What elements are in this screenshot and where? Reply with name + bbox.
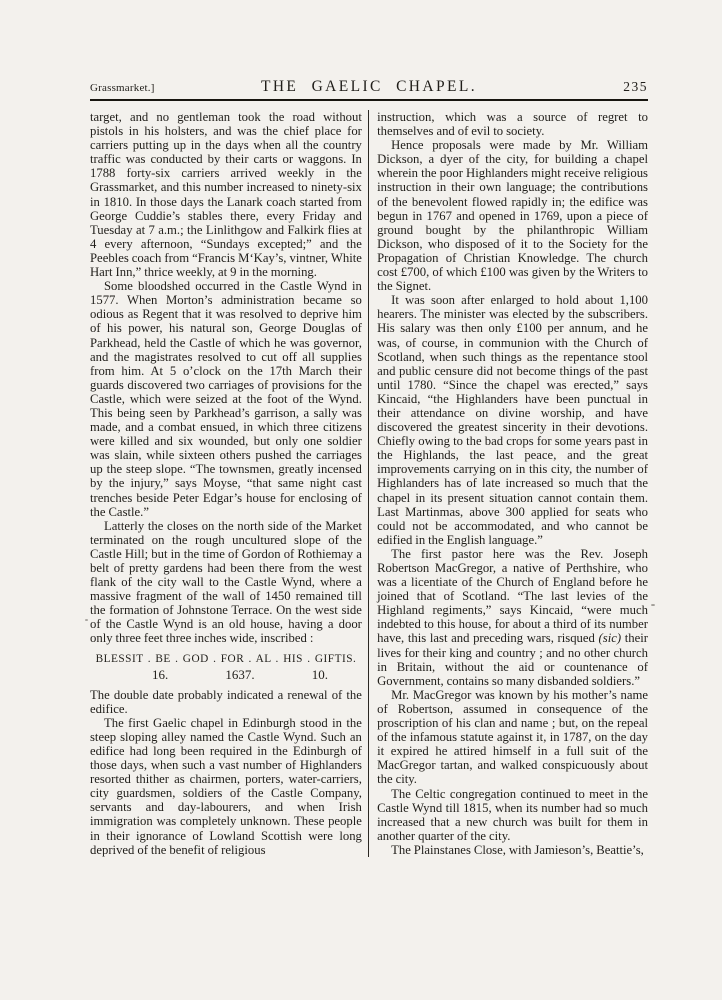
inscription-dates: 16.1637.10. [152,667,328,683]
left-column: target, and no gentleman took the road w… [90,110,362,857]
print-speck [85,619,88,621]
paragraph: It was soon after enlarged to hold about… [377,293,648,547]
paragraph: Hence proposals were made by Mr. William… [377,138,648,293]
sic-italic: (sic) [599,631,622,645]
inscription-date: 16. [152,667,168,683]
running-title: Grassmarket.] [90,82,155,94]
inscription-date: 1637. [225,667,254,683]
inscription-text: BLESSIT . BE . GOD . FOR . AL . HIS . GI… [90,653,362,665]
header-rule [90,99,648,101]
print-speck [651,604,655,606]
paragraph: instruction, which was a source of regre… [377,110,648,138]
column-divider-rule [368,110,369,857]
text-columns: target, and no gentleman took the road w… [90,110,648,857]
page-title: THE GAELIC CHAPEL. [261,78,477,96]
page-content: Grassmarket.] THE GAELIC CHAPEL. 235 tar… [90,78,648,857]
paragraph: Some bloodshed occurred in the Castle Wy… [90,279,362,519]
paragraph: The Plainstanes Close, with Jamieson’s, … [377,843,648,857]
paragraph: target, and no gentleman took the road w… [90,110,362,279]
paragraph: The first Gaelic chapel in Edinburgh sto… [90,716,362,857]
inscription-date: 10. [312,667,328,683]
paragraph: The double date probably indicated a ren… [90,688,362,716]
paragraph: Latterly the closes on the north side of… [90,519,362,646]
paragraph: The Celtic congregation continued to mee… [377,787,648,843]
right-column: instruction, which was a source of regre… [377,110,648,857]
paragraph: The first pastor here was the Rev. Josep… [377,547,648,688]
page-number: 235 [623,79,648,95]
paragraph: Mr. MacGregor was known by his mother’s … [377,688,648,787]
book-page: Grassmarket.] THE GAELIC CHAPEL. 235 tar… [0,0,722,1000]
running-header: Grassmarket.] THE GAELIC CHAPEL. 235 [90,78,648,96]
inscription-block: BLESSIT . BE . GOD . FOR . AL . HIS . GI… [90,653,362,683]
